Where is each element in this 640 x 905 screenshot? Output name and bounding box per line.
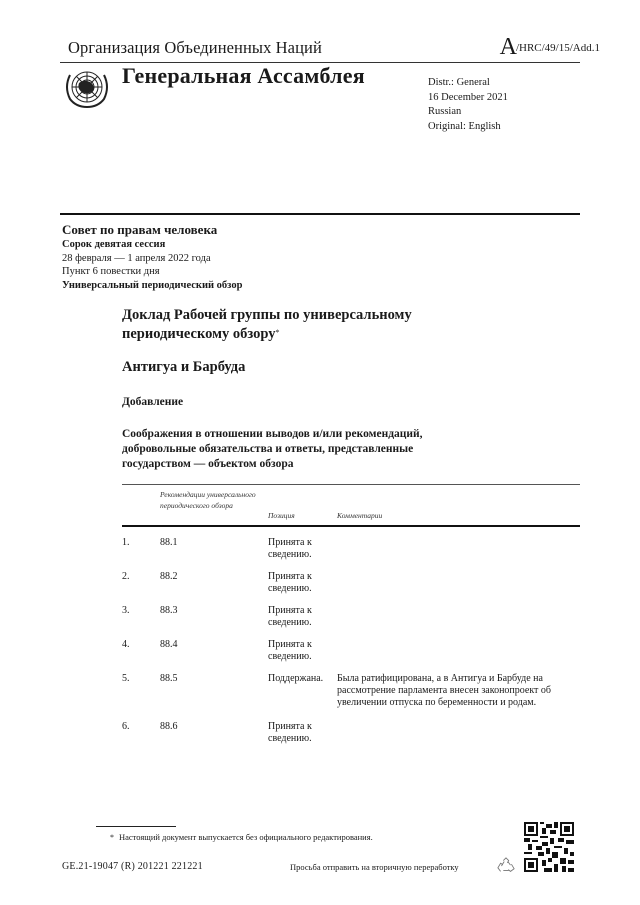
distribution-info: Distr.: General 16 December 2021 Russian… [428,76,508,134]
position-cell: Принята к сведению. [268,537,336,561]
distr-line: Distr.: General [428,76,508,91]
position-cell: Принята к сведению. [268,639,336,663]
row-number: 3. [122,605,130,617]
symbol-rest: /HRC/49/15/Add.1 [516,42,600,54]
recycle-text: Просьба отправить на вторичную переработ… [290,862,459,872]
footnote-text: Настоящий документ выпускается без офици… [119,832,373,842]
position-cell: Принята к сведению. [268,721,336,745]
session-name: Сорок девятая сессия [62,238,242,252]
footnote-star: * [110,833,114,842]
recommendation-id: 88.5 [160,673,178,685]
recommendation-id: 88.2 [160,571,178,583]
report-title: Доклад Рабочей группы по универсальному … [122,307,452,343]
recommendation-id: 88.3 [160,605,178,617]
document-symbol: A/HRC/49/15/Add.1 [500,37,600,57]
distr-date: 16 December 2021 [428,91,508,106]
council-name: Совет по правам человека [62,222,242,238]
country-name: Антигуа и Барбуда [122,359,245,376]
un-emblem-icon [62,65,112,109]
agenda-title: Универсальный периодический обзор [62,279,242,293]
position-cell: Принята к сведению. [268,571,336,595]
session-info: Совет по правам человека Сорок девятая с… [62,222,242,292]
footnote-mark[interactable]: * [275,328,279,337]
row-number: 4. [122,639,130,651]
assembly-title: Генеральная Ассамблея [122,63,365,89]
footnote-divider [96,826,176,827]
report-title-line1: Доклад Рабочей группы по универсальному [122,307,452,324]
header-position: Позиция [268,511,295,522]
report-title-line2: периодическому обзору [122,326,275,342]
section-divider [60,213,580,215]
row-number: 6. [122,721,130,733]
recommendation-id: 88.6 [160,721,178,733]
row-number: 1. [122,537,130,549]
addendum-label: Добавление [122,396,183,408]
session-dates: 28 февраля — 1 апреля 2022 года [62,252,242,266]
agenda-item: Пункт 6 повестки дня [62,265,242,279]
recycle-icon [497,857,515,875]
comment-cell: Была ратифицирована, а в Антигуа и Барбу… [337,673,567,709]
distr-language: Russian [428,105,508,120]
symbol-prefix: A [500,34,517,60]
header-recommendation: Рекомендации универсального периодическо… [160,490,260,511]
table-top-rule [122,484,580,485]
position-cell: Поддержана. [268,673,336,685]
document-subtitle: Соображения в отношении выводов и/или ре… [122,427,482,472]
job-number: GE.21-19047 (R) 201221 221221 [62,861,203,872]
row-number: 2. [122,571,130,583]
qr-code-icon[interactable] [524,822,574,872]
position-cell: Принята к сведению. [268,605,336,629]
recommendation-id: 88.4 [160,639,178,651]
row-number: 5. [122,673,130,685]
header-comment: Комментарии [337,511,382,522]
table-header-rule [122,525,580,527]
recommendation-id: 88.1 [160,537,178,549]
organization-name: Организация Объединенных Наций [68,38,322,58]
footnote: *Настоящий документ выпускается без офиц… [110,832,373,842]
distr-original: Original: English [428,120,508,135]
